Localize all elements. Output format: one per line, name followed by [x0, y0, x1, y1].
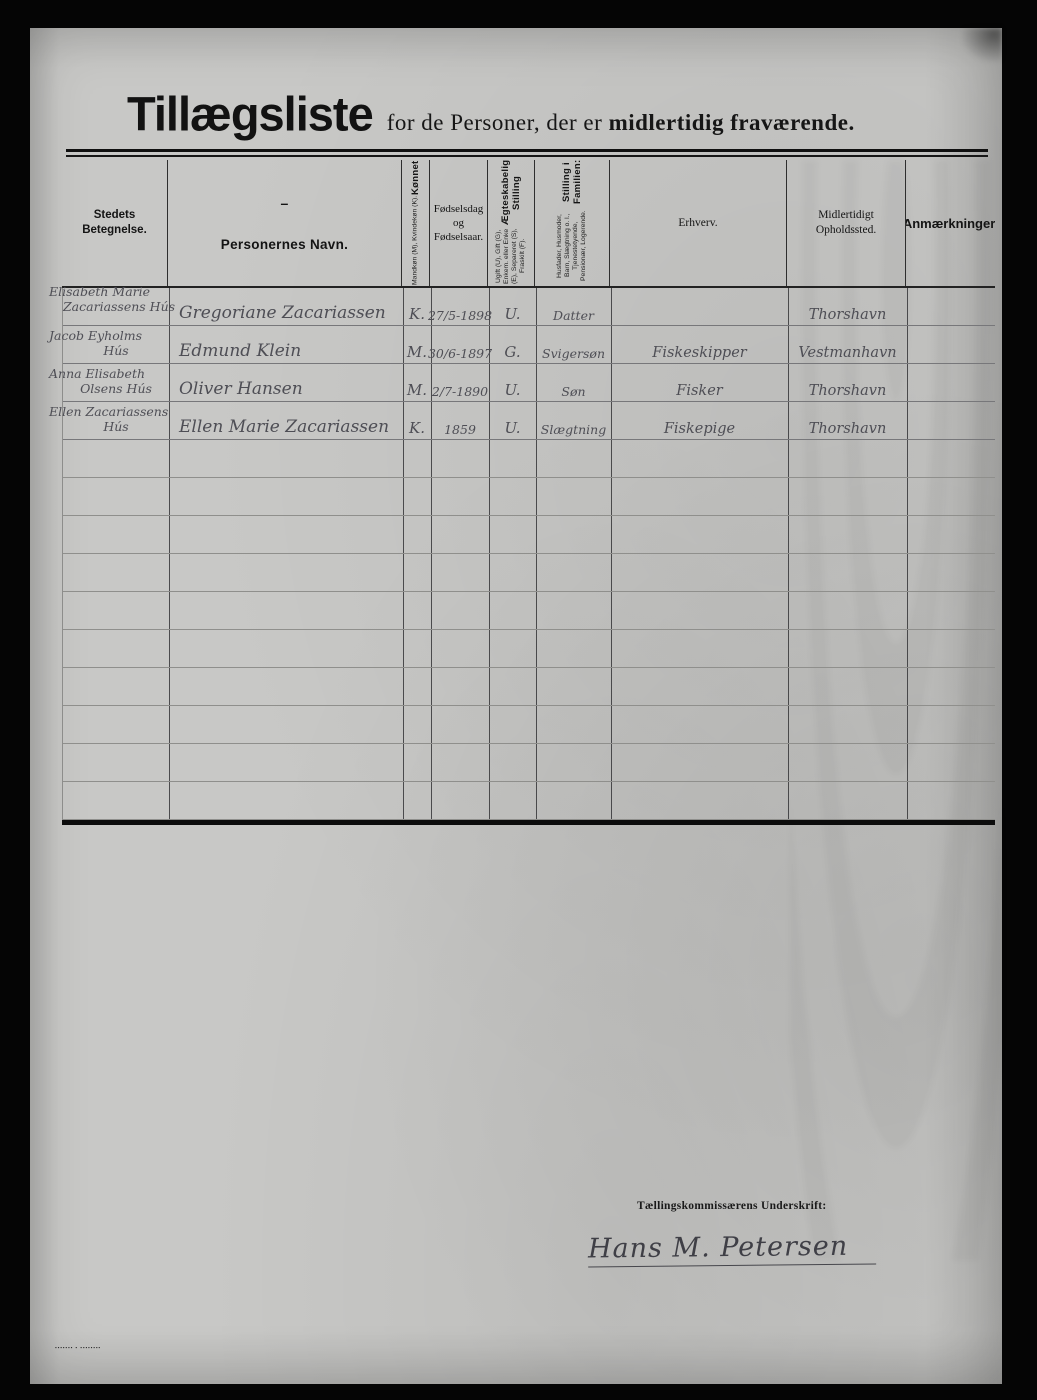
title-divider: [66, 149, 988, 157]
empty-table-row: [63, 440, 995, 478]
header-dash: –: [280, 195, 288, 211]
cell-familie: Datter: [536, 288, 611, 325]
empty-table-row: [63, 516, 995, 554]
cell-anm: [907, 326, 996, 363]
cell-foedsel: 1859: [431, 402, 489, 439]
sex-mark: K.: [409, 419, 425, 437]
header-stilling-i-familien: Husfader, Husmoder, Barn, Slægtning o. l…: [535, 160, 610, 286]
occupation: Fisker: [676, 383, 722, 399]
table-row: Elisabeth Marie Zacariassens Hús Gregori…: [63, 288, 995, 326]
header-koennet: Mandkøn (M), Kvindekøn (K). Kønnet: [402, 160, 430, 286]
cell-sted: Jacob Eyholms Hús: [63, 326, 169, 363]
form-subtitle-regular: for de Personer, der er: [387, 110, 603, 135]
header-navn-label: Personernes Navn.: [221, 237, 348, 252]
household-line2: Zacariassens Hús: [63, 299, 169, 314]
cell-sted: Ellen Zacariassens Hús: [63, 402, 169, 439]
commissioner-signature: Hans M. Petersen: [588, 1230, 876, 1266]
cell-sted: Anna Elisabeth Olsens Hús: [63, 364, 169, 401]
empty-table-row: [63, 630, 995, 668]
header-anmaerkninger: Anmærkninger.: [906, 160, 995, 286]
household-line1: Anna Elisabeth: [49, 366, 169, 381]
family-position: Søn: [561, 384, 585, 399]
empty-table-row: [63, 744, 995, 782]
header-stedets-betegnelse: Stedets Betegnelse.: [62, 160, 168, 286]
temporary-residence: Thorshavn: [809, 307, 887, 323]
sex-mark: K.: [409, 305, 425, 323]
household-line2: Hús: [63, 343, 169, 358]
cell-aegteskab: U.: [489, 402, 536, 439]
cell-ophold: Thorshavn: [788, 288, 907, 325]
page-title: Tillægsliste for de Personer, der er mid…: [127, 86, 855, 141]
person-name: Oliver Hansen: [179, 379, 303, 399]
cell-erhverv: Fiskeskipper: [611, 326, 788, 363]
family-position: Datter: [553, 308, 594, 323]
cell-aegteskab: G.: [489, 326, 536, 363]
marital-status: U.: [504, 419, 520, 437]
table-row: Jacob Eyholms Hús Edmund Klein M. 30/6-1…: [63, 326, 995, 364]
occupation: Fiskeskipper: [652, 345, 746, 361]
occupation: Fiskepige: [664, 421, 735, 437]
cell-koen: K.: [403, 402, 431, 439]
header-aegteskab-main: Ægteskabelig Stilling: [500, 160, 522, 225]
empty-table-row: [63, 592, 995, 630]
temporary-residence: Vestmanhavn: [798, 345, 896, 361]
cell-navn: Ellen Marie Zacariassen: [169, 402, 403, 439]
header-aegteskabelig-stilling: Ugift (U), Gift (G), Enkem. eller Enke (…: [488, 160, 535, 286]
household-line2: Hús: [63, 419, 169, 434]
cell-anm: [907, 364, 996, 401]
cell-erhverv: Fiskepige: [611, 402, 788, 439]
cell-familie: Svigersøn: [536, 326, 611, 363]
person-name: Ellen Marie Zacariassen: [179, 417, 389, 437]
header-familie-sub: Husfader, Husmoder, Barn, Slægtning o. l…: [556, 205, 588, 286]
sex-mark: M.: [407, 381, 427, 399]
table-row: Ellen Zacariassens Hús Ellen Marie Zacar…: [63, 402, 995, 440]
header-midlertidigt-opholdssted: Midlertidigt Opholdssted.: [787, 160, 906, 286]
signature-line: Hans M. Petersen: [588, 1230, 876, 1267]
birth-date: 1859: [444, 422, 476, 437]
cell-ophold: Thorshavn: [788, 364, 907, 401]
cell-anm: [907, 402, 996, 439]
marital-status: U.: [504, 305, 520, 323]
cell-erhverv: [611, 288, 788, 325]
cell-koen: K.: [403, 288, 431, 325]
cell-familie: Slægtning: [536, 402, 611, 439]
header-koennet-sub: Mandkøn (M), Kvindekøn (K).: [412, 196, 420, 285]
cell-ophold: Vestmanhavn: [788, 326, 907, 363]
household-line1: Ellen Zacariassens: [49, 404, 169, 419]
header-aegteskab-sub: Ugift (U), Gift (G), Enkem. eller Enke (…: [495, 226, 527, 286]
signature-label: Tællingskommissærens Underskrift:: [637, 1200, 827, 1212]
temporary-residence: Thorshavn: [809, 421, 887, 437]
cell-aegteskab: U.: [489, 288, 536, 325]
empty-table-row: [63, 782, 995, 820]
birth-date: 2/7-1890: [432, 384, 488, 399]
marital-status: G.: [504, 343, 520, 361]
birth-date: 30/6-1897: [428, 346, 492, 361]
form-subtitle: for de Personer, der er midlertidig frav…: [387, 110, 855, 136]
cell-koen: M.: [403, 364, 431, 401]
birth-date: 27/5-1898: [428, 308, 492, 323]
empty-table-row: [63, 478, 995, 516]
sex-mark: M.: [407, 343, 427, 361]
marital-status: U.: [504, 381, 520, 399]
empty-table-row: [63, 668, 995, 706]
cell-foedsel: 27/5-1898: [431, 288, 489, 325]
empty-table-row: [63, 554, 995, 592]
cell-sted: Elisabeth Marie Zacariassens Hús: [63, 288, 169, 325]
header-familie-main: Stilling i Familien:: [561, 160, 583, 204]
household-line2: Olsens Hús: [63, 381, 169, 396]
paper-corner-smudge: [962, 28, 1002, 62]
cell-erhverv: Fisker: [611, 364, 788, 401]
table-header-row: Stedets Betegnelse. – Personernes Navn. …: [62, 160, 995, 288]
cell-foedsel: 2/7-1890: [431, 364, 489, 401]
cell-ophold: Thorshavn: [788, 402, 907, 439]
scanned-photo: Tillægsliste for de Personer, der er mid…: [0, 0, 1037, 1400]
person-name: Edmund Klein: [179, 341, 301, 361]
person-name: Gregoriane Zacariassen: [179, 303, 386, 323]
cell-familie: Søn: [536, 364, 611, 401]
temporary-residence: Thorshavn: [809, 383, 887, 399]
header-personernes-navn: – Personernes Navn.: [168, 160, 402, 286]
printer-mark: ▪▪▪▪▪▪▪ ▪ ▪▪▪▪▪▪▪▪: [55, 1345, 101, 1350]
empty-table-row: [63, 706, 995, 744]
table-bottom-border: [62, 820, 995, 825]
cell-navn: Edmund Klein: [169, 326, 403, 363]
cell-anm: [907, 288, 996, 325]
household-line1: Jacob Eyholms: [49, 328, 169, 343]
table-row: Anna Elisabeth Olsens Hús Oliver Hansen …: [63, 364, 995, 402]
family-position: Svigersøn: [542, 346, 605, 361]
header-koennet-main: Kønnet: [410, 161, 421, 196]
census-table: Stedets Betegnelse. – Personernes Navn. …: [62, 160, 995, 825]
cell-koen: M.: [403, 326, 431, 363]
family-position: Slægtning: [541, 422, 606, 437]
header-foedselsdag: Fødselsdag og Fødselsaar.: [430, 160, 488, 286]
household-line1: Elisabeth Marie: [49, 284, 169, 299]
cell-navn: Oliver Hansen: [169, 364, 403, 401]
header-erhverv: Erhverv.: [610, 160, 787, 286]
cell-aegteskab: U.: [489, 364, 536, 401]
form-title: Tillægsliste: [127, 85, 373, 141]
cell-navn: Gregoriane Zacariassen: [169, 288, 403, 325]
table-body: Elisabeth Marie Zacariassens Hús Gregori…: [62, 288, 995, 820]
form-subtitle-bold: midlertidig fraværende.: [609, 110, 855, 135]
cell-foedsel: 30/6-1897: [431, 326, 489, 363]
